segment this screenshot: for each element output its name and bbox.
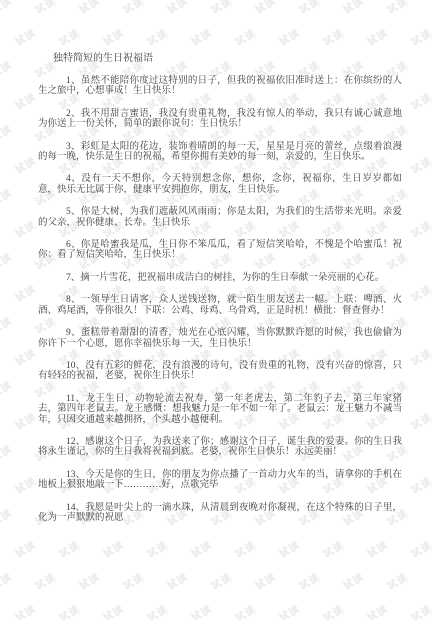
trial-watermark: 试读 [12, 345, 39, 369]
trial-watermark: 试读 [320, 25, 347, 49]
trial-watermark: 试读 [252, 569, 279, 593]
trial-watermark: 试读 [232, 537, 259, 561]
trial-watermark: 试读 [120, 0, 147, 16]
trial-watermark: 试读 [188, 25, 215, 49]
trial-watermark: 试读 [164, 569, 191, 593]
trial-watermark: 试读 [12, 25, 39, 49]
trial-watermark: 试读 [408, 473, 435, 497]
document-content: 独特简短的生日祝福语 1、虽然不能陪你度过这特别的日子，但我的祝福依旧准时送上：… [38, 53, 402, 523]
paragraph-3: 3、彩虹是太阳的花边，装饰着晴朗的每一天，星星是月亮的蕾丝，点缀着浪漫的每一晚，… [38, 142, 402, 163]
paragraph-4: 4、没有一天不想你，今天特别想念你，想你，念你，祝福你，生日岁岁都如意，快乐无比… [38, 174, 402, 195]
paragraph-list: 1、虽然不能陪你度过这特别的日子，但我的祝福依旧准时送上：在你缤纷的人生之旅中，… [38, 76, 402, 523]
trial-watermark: 试读 [0, 57, 14, 81]
trial-watermark: 试读 [408, 25, 435, 49]
trial-watermark: 试读 [0, 0, 14, 16]
trial-watermark: 试读 [76, 0, 103, 16]
trial-watermark: 试读 [32, 569, 59, 593]
trial-watermark: 试读 [408, 89, 435, 113]
trial-watermark: 试读 [0, 121, 14, 145]
document-page: 试读试读试读试读试读试读试读试读试读试读试读试读试读试读试读试读试读试读试读试读… [0, 0, 440, 620]
trial-watermark: 试读 [188, 537, 215, 561]
trial-watermark: 试读 [408, 217, 435, 241]
trial-watermark: 试读 [0, 569, 14, 593]
paragraph-8: 8、一领导生日请客，众人送钱送物，就一陌生朋友送去一幅。上联：啤酒、火酒、鸡尾酒… [38, 295, 402, 316]
trial-watermark: 试读 [188, 601, 215, 620]
trial-watermark: 试读 [56, 25, 83, 49]
trial-watermark: 试读 [364, 601, 391, 620]
trial-watermark: 试读 [76, 569, 103, 593]
trial-watermark: 试读 [408, 409, 435, 433]
trial-watermark: 试读 [232, 25, 259, 49]
trial-watermark: 试读 [408, 537, 435, 561]
paragraph-2: 2、我不用甜言蜜语，我没有贵重礼物，我没有惊人的举动，我只有诚心诚意地为你送上一… [38, 109, 402, 130]
trial-watermark: 试读 [0, 249, 14, 273]
trial-watermark: 试读 [276, 601, 303, 620]
trial-watermark: 试读 [12, 601, 39, 620]
trial-watermark: 试读 [252, 0, 279, 16]
trial-watermark: 试读 [144, 601, 171, 620]
trial-watermark: 试读 [408, 601, 435, 620]
trial-watermark: 试读 [320, 537, 347, 561]
paragraph-6: 6、你是哈蜜我是瓜，生日你不笨瓜瓜，看了短信笑哈哈，不愧是个哈蜜瓜！祝你：看了短… [38, 240, 402, 261]
trial-watermark: 试读 [12, 153, 39, 177]
trial-watermark: 试读 [0, 377, 14, 401]
trial-watermark: 试读 [340, 0, 367, 16]
paragraph-7: 7、摘一片雪花，把祝福串成洁白的树挂，为你的生日奉献一朵亮丽的心花。 [38, 273, 402, 283]
trial-watermark: 试读 [0, 505, 14, 529]
trial-watermark: 试读 [408, 345, 435, 369]
trial-watermark: 试读 [208, 0, 235, 16]
trial-watermark: 试读 [0, 313, 14, 337]
paragraph-14: 14、我愿是叶尖上的一滴水珠，从清晨到夜晚对你凝视，在这个特殊的日子里，化为一声… [38, 503, 402, 524]
trial-watermark: 试读 [208, 569, 235, 593]
trial-watermark: 试读 [56, 537, 83, 561]
trial-watermark: 试读 [384, 0, 411, 16]
paragraph-9: 9、蛋糕带着甜甜的清香，烛光在心底闪耀，当你默默许愿的时候，我也偷偷为你许下一个… [38, 328, 402, 349]
trial-watermark: 试读 [12, 281, 39, 305]
paragraph-13: 13、今天是你的生日，你的朋友为你点播了一首动力火车的当，请拿你的手机在地板上狠… [38, 470, 402, 491]
trial-watermark: 试读 [164, 0, 191, 16]
trial-watermark: 试读 [408, 153, 435, 177]
trial-watermark: 试读 [384, 569, 411, 593]
trial-watermark: 试读 [12, 89, 39, 113]
trial-watermark: 试读 [12, 217, 39, 241]
trial-watermark: 试读 [364, 537, 391, 561]
paragraph-11: 11、龙王生日，动物轮流去祝寿，第一年老虎去，第二年豹子去，第三年家猪去，第四年… [38, 394, 402, 425]
trial-watermark: 试读 [12, 537, 39, 561]
paragraph-10: 10、没有五彩的鲜花，没有浪漫的诗句，没有贵重的礼物，没有兴奋的惊喜，只有轻轻的… [38, 361, 402, 382]
trial-watermark: 试读 [340, 569, 367, 593]
trial-watermark: 试读 [100, 601, 127, 620]
paragraph-5: 5、你是大树，为我们遮蔽风风雨雨；你是太阳，为我们的生活带来光明。亲爱的父亲，祝… [38, 207, 402, 228]
trial-watermark: 试读 [56, 601, 83, 620]
trial-watermark: 试读 [0, 185, 14, 209]
trial-watermark: 试读 [296, 0, 323, 16]
trial-watermark: 试读 [276, 25, 303, 49]
trial-watermark: 试读 [12, 473, 39, 497]
trial-watermark: 试读 [276, 537, 303, 561]
document-title: 独特简短的生日祝福语 [53, 53, 402, 64]
trial-watermark: 试读 [364, 25, 391, 49]
trial-watermark: 试读 [144, 25, 171, 49]
trial-watermark: 试读 [12, 409, 39, 433]
trial-watermark: 试读 [32, 0, 59, 16]
trial-watermark: 试读 [100, 537, 127, 561]
trial-watermark: 试读 [320, 601, 347, 620]
trial-watermark: 试读 [408, 281, 435, 305]
trial-watermark: 试读 [100, 25, 127, 49]
paragraph-1: 1、虽然不能陪你度过这特别的日子，但我的祝福依旧准时送上：在你缤纷的人生之旅中，… [38, 76, 402, 97]
trial-watermark: 试读 [144, 537, 171, 561]
trial-watermark: 试读 [232, 601, 259, 620]
trial-watermark: 试读 [0, 441, 14, 465]
trial-watermark: 试读 [120, 569, 147, 593]
paragraph-12: 12、感谢这个日子，为我送来了你；感谢这个日子，诞生我的爱妻。你的生日我将永生谨… [38, 437, 402, 458]
trial-watermark: 试读 [296, 569, 323, 593]
